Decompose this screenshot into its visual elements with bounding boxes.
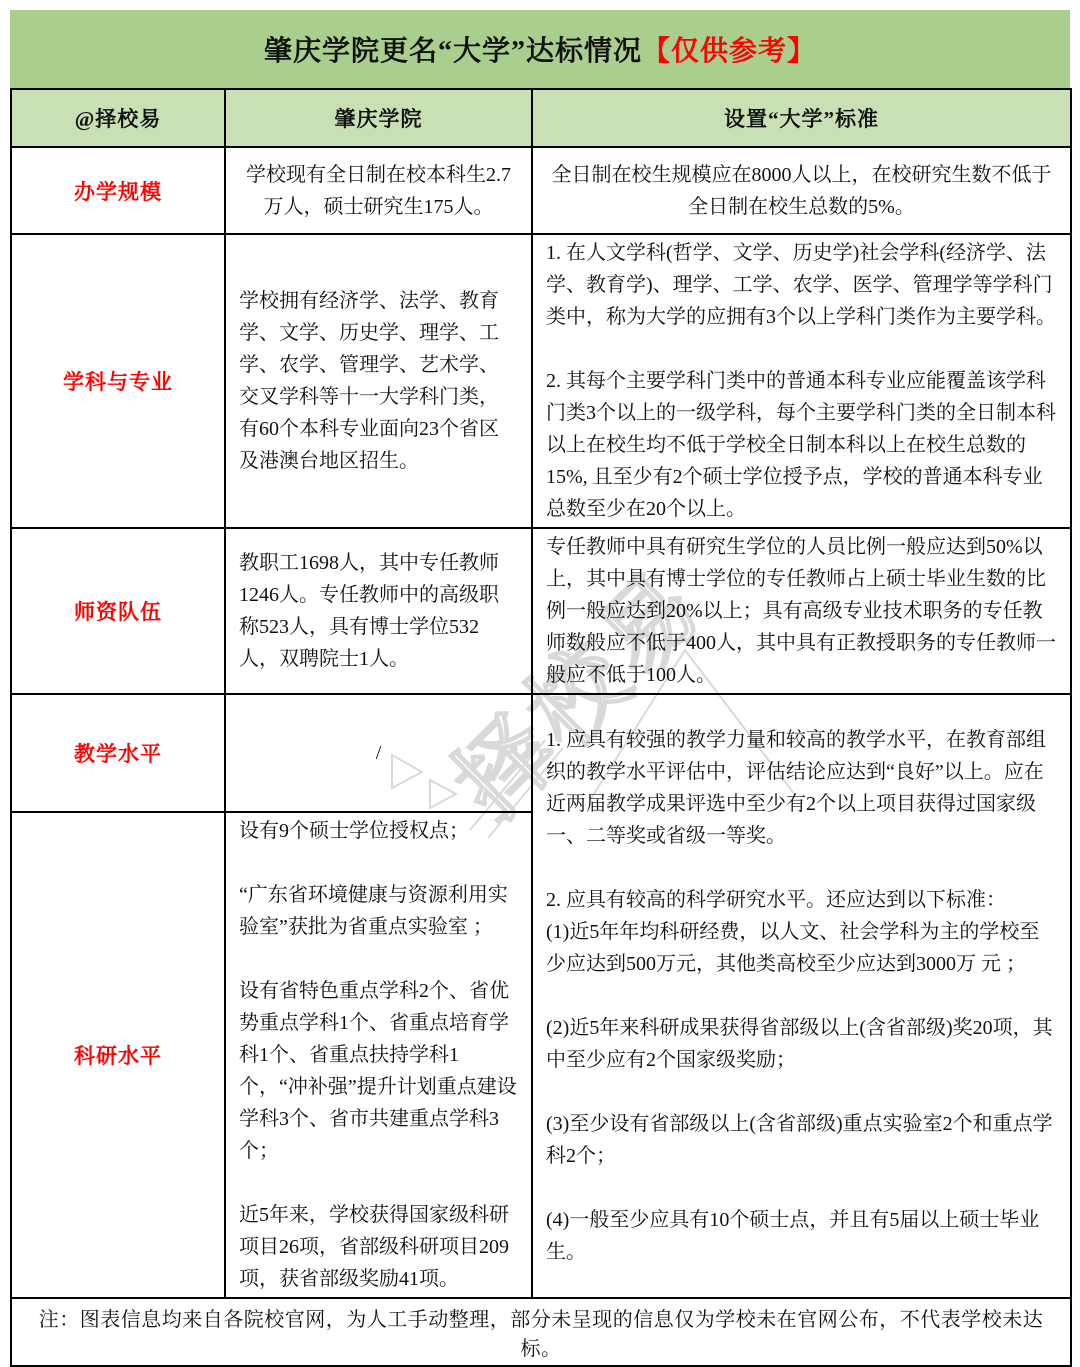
row-label-teaching: 教学水平 bbox=[11, 694, 225, 812]
cell-paragraph: 1. 应具有较强的教学力量和较高的教学水平，在教育部组织的教学水平评估中，评估结… bbox=[546, 724, 1057, 852]
row-scale: 办学规模 学校现有全日制在校本科生2.7万人，硕士研究生175人。 全日制在校生… bbox=[11, 147, 1071, 234]
standard-cell-scale: 全日制在校生规模应在8000人以上，在校研究生数不低于全日制在校生总数的5%。 bbox=[532, 147, 1071, 234]
cell-paragraph: 近5年来，学校获得国家级科研项目26项，省部级科研项目209项，获省部级奖励41… bbox=[239, 1199, 518, 1295]
infographic-page: 择校易 肇庆学院更名“大学”达标情况【仅供参考】 @择校易 肇庆学院 设置“大学… bbox=[10, 10, 1070, 1367]
cell-paragraph: 全日制在校生规模应在8000人以上，在校研究生数不低于全日制在校生总数的5%。 bbox=[546, 159, 1057, 223]
standard-cell-disciplines: 1. 在人文学科(哲学、文学、历史学)社会学科(经济学、法学、教育学)、理学、工… bbox=[532, 234, 1071, 528]
cell-paragraph: (3)至少设有省部级以上(含省部级)重点实验室2个和重点学科2个； bbox=[546, 1108, 1057, 1172]
header-row: @择校易 肇庆学院 设置“大学”标准 bbox=[11, 89, 1071, 147]
row-label-faculty: 师资队伍 bbox=[11, 528, 225, 694]
cell-paragraph: 学校现有全日制在校本科生2.7万人，硕士研究生175人。 bbox=[239, 159, 518, 223]
row-disciplines: 学科与专业 学校拥有经济学、法学、教育学、文学、历史学、理学、工学、农学、管理学… bbox=[11, 234, 1071, 528]
row-label-disciplines: 学科与专业 bbox=[11, 234, 225, 528]
cell-paragraph: 教职工1698人，其中专任教师1246人。专任教师中的高级职称523人，具有博士… bbox=[239, 547, 518, 675]
cell-paragraph: 2. 应具有较高的科学研究水平。还应达到以下标准： (1)近5年年均科研经费，以… bbox=[546, 884, 1057, 980]
standard-cell-teaching-research: 1. 应具有较强的教学力量和较高的教学水平，在教育部组织的教学水平评估中，评估结… bbox=[532, 694, 1071, 1298]
school-cell-scale: 学校现有全日制在校本科生2.7万人，硕士研究生175人。 bbox=[225, 147, 532, 234]
school-cell-teaching: / bbox=[225, 694, 532, 812]
row-faculty: 师资队伍 教职工1698人，其中专任教师1246人。专任教师中的高级职称523人… bbox=[11, 528, 1071, 694]
cell-paragraph: 2. 其每个主要学科门类中的普通本科专业应能覆盖该学科门类3个以上的一级学科，每… bbox=[546, 365, 1057, 525]
school-cell-faculty: 教职工1698人，其中专任教师1246人。专任教师中的高级职称523人，具有博士… bbox=[225, 528, 532, 694]
cell-paragraph: (4)一般至少应具有10个硕士点，并且有5届以上硕士毕业生。 bbox=[546, 1204, 1057, 1268]
cell-paragraph: 1. 在人文学科(哲学、文学、历史学)社会学科(经济学、法学、教育学)、理学、工… bbox=[546, 237, 1057, 333]
standard-cell-faculty: 专任教师中具有研究生学位的人员比例一般应达到50%以上，其中具有博士学位的专任教… bbox=[532, 528, 1071, 694]
page-title: 肇庆学院更名“大学”达标情况 bbox=[264, 29, 642, 69]
row-label-scale: 办学规模 bbox=[11, 147, 225, 234]
col-header-standard: 设置“大学”标准 bbox=[532, 89, 1071, 147]
page-title-badge: 【仅供参考】 bbox=[642, 29, 816, 69]
note-row: 注：图表信息均来自各院校官网，为人工手动整理，部分未呈现的信息仅为学校未在官网公… bbox=[11, 1298, 1071, 1366]
row-label-research: 科研水平 bbox=[11, 812, 225, 1298]
school-cell-disciplines: 学校拥有经济学、法学、教育学、文学、历史学、理学、工学、农学、管理学、艺术学、交… bbox=[225, 234, 532, 528]
cell-paragraph: 设有省特色重点学科2个、省优势重点学科1个、省重点培育学科1个、省重点扶持学科1… bbox=[239, 975, 518, 1167]
cell-paragraph: 学校拥有经济学、法学、教育学、文学、历史学、理学、工学、农学、管理学、艺术学、交… bbox=[239, 285, 518, 477]
cell-paragraph: 专任教师中具有研究生学位的人员比例一般应达到50%以上，其中具有博士学位的专任教… bbox=[546, 531, 1057, 691]
col-header-brand: @择校易 bbox=[11, 89, 225, 147]
school-cell-research: 设有9个硕士学位授权点； “广东省环境健康与资源利用实验室”获批为省重点实验室 … bbox=[225, 812, 532, 1298]
cell-paragraph: 设有9个硕士学位授权点； bbox=[239, 815, 518, 847]
col-header-school: 肇庆学院 bbox=[225, 89, 532, 147]
cell-paragraph: “广东省环境健康与资源利用实验室”获批为省重点实验室 ； bbox=[239, 879, 518, 943]
row-teaching: 教学水平 / 1. 应具有较强的教学力量和较高的教学水平，在教育部组织的教学水平… bbox=[11, 694, 1071, 812]
cell-paragraph: (2)近5年来科研成果获得省部级以上(含省部级)奖20项，其中至少应有2个国家级… bbox=[546, 1012, 1057, 1076]
title-banner: 肇庆学院更名“大学”达标情况【仅供参考】 bbox=[10, 10, 1070, 88]
standards-table: @择校易 肇庆学院 设置“大学”标准 办学规模 学校现有全日制在校本科生2.7万… bbox=[10, 88, 1072, 1367]
footnote: 注：图表信息均来自各院校官网，为人工手动整理，部分未呈现的信息仅为学校未在官网公… bbox=[11, 1298, 1071, 1366]
